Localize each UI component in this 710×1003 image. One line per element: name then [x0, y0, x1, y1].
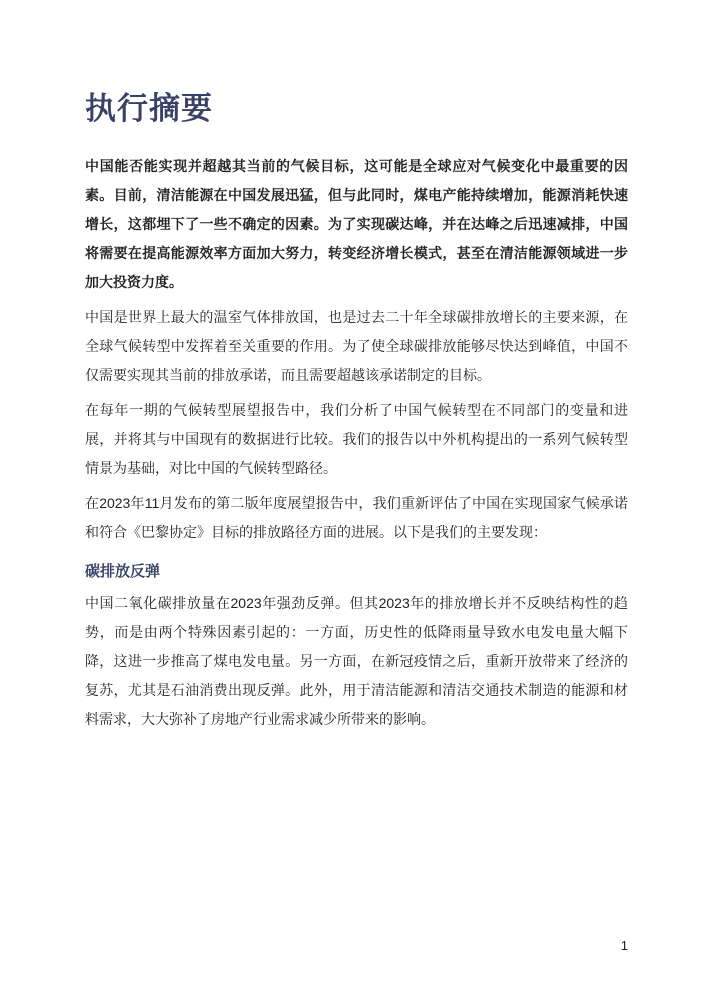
paragraph-2023-edition: 在2023年11月发布的第二版年度展望报告中，我们重新评估了中国在实现国家气候承… — [85, 489, 628, 547]
paragraph-emissions-overview: 中国是世界上最大的温室气体排放国，也是过去二十年全球碳排放增长的主要来源，在全球… — [85, 303, 628, 390]
intro-paragraph: 中国能否能实现并超越其当前的气候目标，这可能是全球应对气候变化中最重要的因素。目… — [85, 152, 628, 297]
page-number: 1 — [621, 938, 628, 953]
paragraph-carbon-rebound: 中国二氧化碳排放量在2023年强劲反弹。但其2023年的排放增长并不反映结构性的… — [85, 589, 628, 734]
section-heading-carbon-rebound: 碳排放反弹 — [85, 561, 628, 583]
page-content: 执行摘要 中国能否能实现并超越其当前的气候目标，这可能是全球应对气候变化中最重要… — [85, 90, 628, 740]
paragraph-report-method: 在每年一期的气候转型展望报告中，我们分析了中国气候转型在不同部门的变量和进展，并… — [85, 396, 628, 483]
page-footer: 1 — [85, 938, 628, 953]
document-page: 执行摘要 中国能否能实现并超越其当前的气候目标，这可能是全球应对气候变化中最重要… — [0, 0, 710, 1003]
page-title: 执行摘要 — [85, 90, 628, 128]
